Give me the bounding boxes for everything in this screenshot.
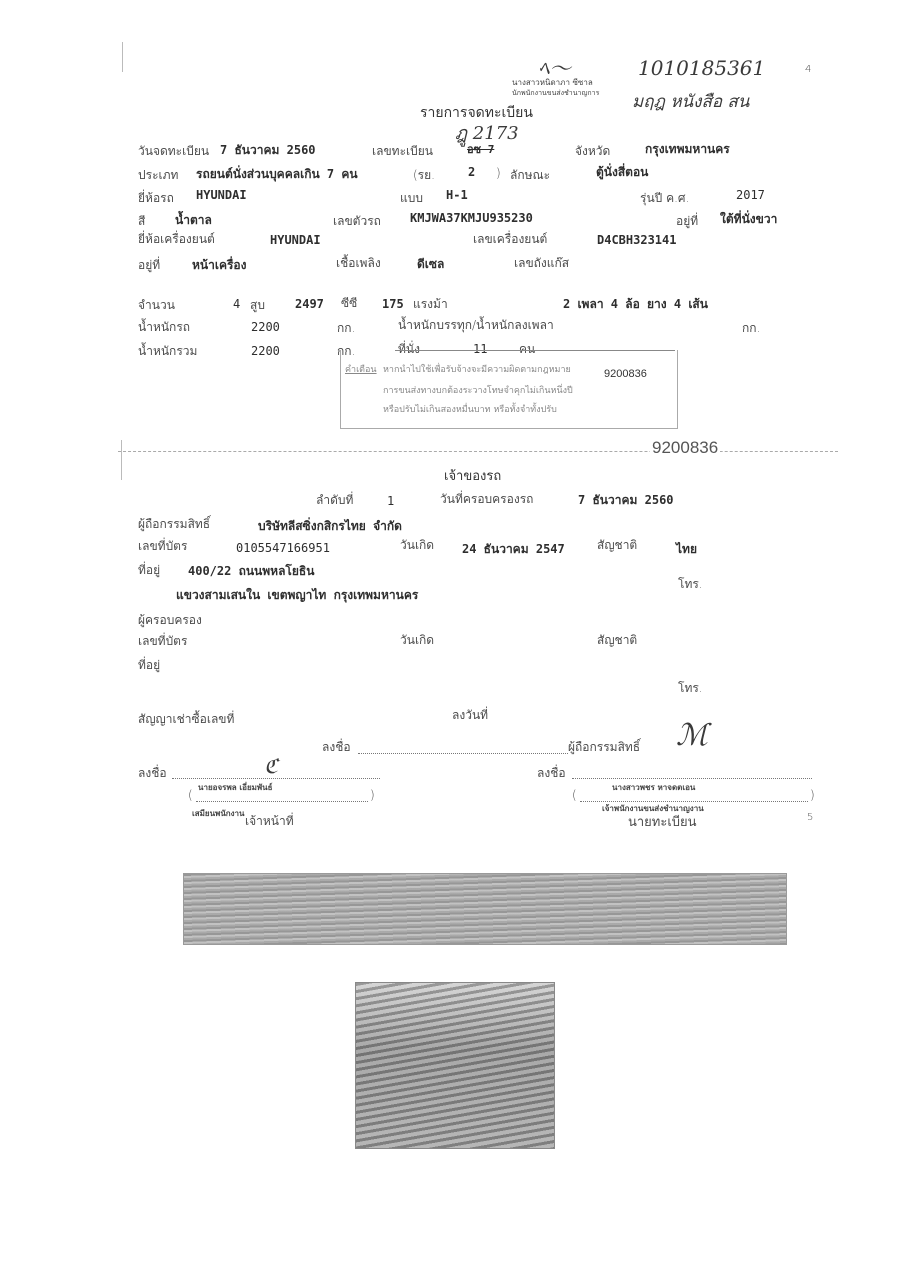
page-number: 5 bbox=[807, 812, 813, 823]
registrar-role: นายทะเบียน bbox=[628, 811, 697, 832]
engine-location-label: อยู่ที่ bbox=[138, 256, 160, 275]
chassis-number: KMJWA37KMJU935230 bbox=[410, 211, 533, 225]
registrar-sign-line bbox=[572, 777, 812, 779]
engine-location: หน้าเครื่อง bbox=[192, 256, 247, 275]
registration-date: 7 ธันวาคม 2560 bbox=[220, 141, 316, 160]
handwritten-note: มฤฎ หนังสือ สน bbox=[632, 88, 749, 115]
brand-label: ยี่ห้อรถ bbox=[138, 189, 174, 208]
registrar-open-paren: ( bbox=[572, 788, 577, 802]
engine-number: D4CBH323141 bbox=[597, 233, 676, 247]
chassis-label: เลขตัวรถ bbox=[333, 212, 381, 231]
possessor-label: ผู้ครอบครอง bbox=[138, 611, 202, 630]
official-stamp-line2: นักพนักงานขนส่งชำนาญการ bbox=[512, 88, 599, 99]
order: 1 bbox=[387, 494, 394, 508]
model-label: แบบ bbox=[400, 189, 423, 208]
vehicle-weight-label: น้ำหนักรถ bbox=[138, 318, 190, 337]
stamp-number: 9200836 bbox=[604, 368, 647, 380]
registration-no-struck: อซ 7 bbox=[467, 140, 494, 158]
ry-prefix: (รย. bbox=[413, 166, 435, 185]
contract-date-label: ลงวันที่ bbox=[452, 706, 488, 725]
lease-contract-label: สัญญาเช่าซื้อเลขที่ bbox=[138, 710, 234, 729]
hp-label: แรงม้า bbox=[413, 295, 448, 314]
engine-brand-label: ยี่ห้อเครื่องยนต์ bbox=[138, 230, 215, 249]
chassis-number-rubbing bbox=[183, 873, 787, 945]
owner-section-title: เจ้าของรถ bbox=[444, 465, 501, 486]
registrar-sign-label: ลงชื่อ bbox=[537, 764, 566, 783]
axles-wheels: 2 เพลา 4 ล้อ ยาง 4 เส้น bbox=[563, 295, 708, 314]
holder-name: บริษัทลีสซิ่งกสิกรไทย จำกัด bbox=[258, 517, 402, 536]
ry-suffix: ) bbox=[496, 166, 501, 180]
engine-number-rubbing bbox=[355, 982, 555, 1149]
registrar-name: นางสาวพชร หาจดตเอน bbox=[612, 781, 695, 794]
possessor-address-label: ที่อยู่ bbox=[138, 656, 160, 675]
owner-nationality: ไทย bbox=[676, 540, 697, 559]
officer-signature: ℭ bbox=[264, 754, 278, 778]
owner-nationality-label: สัญชาติ bbox=[597, 536, 637, 555]
engine-no-label: เลขเครื่องยนต์ bbox=[473, 230, 547, 249]
vehicle-weight-unit: กก. bbox=[337, 319, 355, 338]
officer-name: นายอจรพล เอี่ยมพันธ์ bbox=[198, 781, 273, 794]
officer-name-line bbox=[196, 800, 368, 802]
possessor-phone-label: โทร. bbox=[678, 679, 703, 698]
possessor-nationality-label: สัญชาติ bbox=[597, 631, 637, 650]
holder-sign-label: ลงชื่อ bbox=[322, 738, 351, 757]
owner-address-label: ที่อยู่ bbox=[138, 561, 160, 580]
vehicle-weight: 2200 bbox=[251, 320, 280, 334]
owner-phone-label: โทร. bbox=[678, 575, 703, 594]
cylinders-label: สูบ bbox=[250, 296, 265, 315]
warning-line-2: การขนส่งทางบกต้องระวางโทษจำคุกไม่เกินหนึ… bbox=[383, 383, 573, 397]
handwritten-number: 1010185361 bbox=[638, 56, 765, 80]
registration-date-label: วันจดทะเบียน bbox=[138, 142, 209, 161]
province: กรุงเทพมหานคร bbox=[645, 140, 730, 159]
possessor-birth-label: วันเกิด bbox=[400, 631, 434, 650]
cc-label: ซีซี bbox=[341, 294, 357, 313]
gross-weight-label: น้ำหนักรวม bbox=[138, 342, 197, 361]
brand: HYUNDAI bbox=[196, 188, 247, 202]
holder-role: ผู้ถือกรรมสิทธิ์ bbox=[568, 738, 640, 757]
holder-label: ผู้ถือกรรมสิทธิ์ bbox=[138, 515, 210, 534]
possessor-id-label: เลขที่บัตร bbox=[138, 632, 187, 651]
warning-line-3: หรือปรับไม่เกินสองหมื่นบาท หรือทั้งจำทั้… bbox=[383, 402, 557, 416]
province-label: จังหวัด bbox=[575, 142, 610, 161]
possession-date-label: วันที่ครอบครองรถ bbox=[440, 490, 533, 509]
owner-birth: 24 ธันวาคม 2547 bbox=[462, 540, 565, 559]
gas-tank-label: เลขถังแก๊ส bbox=[514, 254, 569, 273]
warning-label: คำเตือน bbox=[345, 362, 377, 376]
fuel-label: เชื้อเพลิง bbox=[336, 254, 381, 273]
officer-position: เสมียนพนักงาน bbox=[192, 807, 245, 820]
owner-address-line1: 400/22 ถนนพหลโยธิน bbox=[188, 562, 314, 581]
chassis-location-label: อยู่ที่ bbox=[676, 212, 698, 231]
model-year-label: รุ่นปี ค.ศ. bbox=[640, 189, 689, 208]
possession-date: 7 ธันวาคม 2560 bbox=[578, 491, 674, 510]
scan-mark bbox=[122, 42, 123, 72]
engine-brand: HYUNDAI bbox=[270, 233, 321, 247]
type-label: ประเภท bbox=[138, 166, 178, 185]
officer-close-paren: ) bbox=[370, 788, 375, 802]
horsepower: 175 bbox=[382, 297, 404, 311]
registration-no-label: เลขทะเบียน bbox=[372, 142, 433, 161]
load-weight-label: น้ำหนักบรรทุก/น้ำหนักลงเพลา bbox=[398, 316, 554, 335]
body-type: ตู้นั่งสี่ตอน bbox=[596, 163, 648, 182]
holder-sign-line bbox=[358, 752, 568, 754]
color-label: สี bbox=[138, 212, 145, 231]
ry-value: 2 bbox=[468, 165, 475, 179]
officer-sign-label: ลงชื่อ bbox=[138, 764, 167, 783]
color: น้ำตาล bbox=[175, 211, 212, 230]
load-weight-unit: กก. bbox=[742, 319, 760, 338]
order-label: ลำดับที่ bbox=[316, 491, 353, 510]
cylinders: 4 bbox=[233, 297, 240, 311]
body-label: ลักษณะ bbox=[510, 166, 550, 185]
section-divider bbox=[118, 451, 838, 452]
model: H-1 bbox=[446, 188, 468, 202]
officer-open-paren: ( bbox=[188, 788, 193, 802]
gross-weight: 2200 bbox=[251, 344, 280, 358]
model-year: 2017 bbox=[736, 188, 765, 202]
owner-birth-label: วันเกิด bbox=[400, 536, 434, 555]
officer-role: เจ้าหน้าที่ bbox=[245, 812, 294, 831]
fuel: ดีเซล bbox=[417, 255, 444, 274]
engine-cc: 2497 bbox=[295, 297, 324, 311]
holder-signature: ℳ bbox=[676, 718, 708, 753]
stamp-number-lower: 9200836 bbox=[650, 438, 720, 458]
owner-address-line2: แขวงสามเสนใน เขตพญาไท กรุงเทพมหานคร bbox=[176, 586, 418, 605]
vehicle-type: รถยนต์นั่งส่วนบุคคลเกิน 7 คน bbox=[196, 165, 358, 184]
count-label: จำนวน bbox=[138, 296, 175, 315]
chassis-location: ใต้ที่นั่งขวา bbox=[720, 210, 777, 229]
scan-mark bbox=[121, 440, 122, 480]
page-corner-number: 4 bbox=[805, 64, 811, 75]
warning-line-1: หากนำไปใช้เพื่อรับจ้างจะมีความผิดตามกฎหม… bbox=[383, 362, 571, 376]
registrar-close-paren: ) bbox=[810, 788, 815, 802]
owner-id: 0105547166951 bbox=[236, 541, 330, 555]
owner-id-label: เลขที่บัตร bbox=[138, 537, 187, 556]
